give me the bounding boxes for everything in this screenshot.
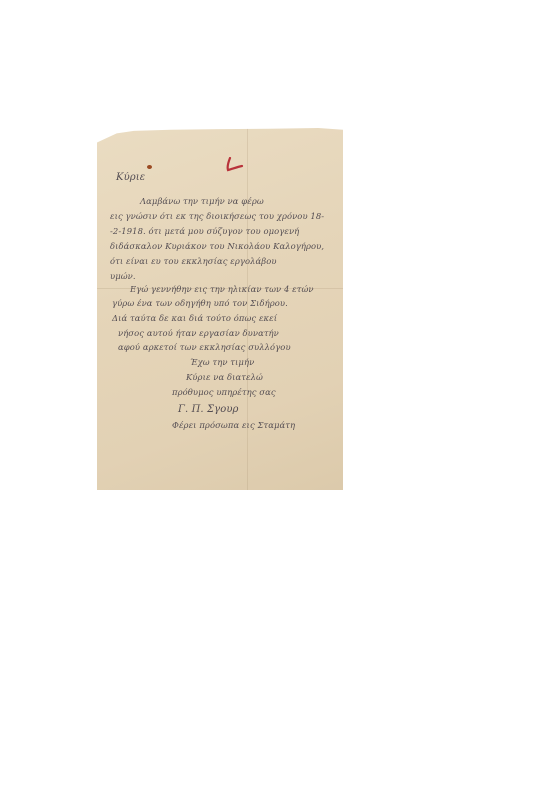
ink-stain [147, 165, 152, 169]
closing-line: Κύριε να διατελώ [186, 372, 263, 382]
red-check-mark-icon [224, 157, 244, 173]
body-line: εις γνώσιν ότι εκ της διοικήσεως του χρό… [110, 211, 324, 221]
closing-line: πρόθυμος υπηρέτης σας [172, 387, 276, 397]
body-line: Διά ταύτα δε και διά τούτο όπως εκεί [112, 313, 277, 323]
body-line: -2-1918. ότι μετά μου σύζυγον του ομογεν… [110, 226, 299, 236]
body-line: νήσος αυτού ήταν εργασίαν δυνατήν [118, 328, 279, 338]
body-line: διδάσκαλον Κυριάκον του Νικολάου Καλογήρ… [110, 241, 324, 251]
closing-line: Έχω την τιμήν [190, 357, 254, 367]
paper-fold-vertical [247, 128, 248, 490]
signature: Γ. Π. Σγουρ [178, 404, 239, 415]
body-line: αφού αρκετοί των εκκλησίας συλλόγου [118, 342, 291, 352]
body-line: γύρω ένα των οδηγήθη υπό τον Σιδήρου. [112, 298, 288, 308]
salutation: Κύριε [116, 172, 145, 183]
closing-line: Φέρει πρόσωπα εις Σταμάτη [172, 420, 295, 430]
body-line: υμών. [110, 271, 136, 281]
body-line: Λαμβάνω την τιμήν να φέρω [140, 196, 264, 206]
body-line: ότι είναι ευ του εκκλησίας εργολάβου [110, 256, 277, 266]
body-line: Εγώ γεννήθην εις την ηλικίαν των 4 ετών [130, 284, 314, 294]
